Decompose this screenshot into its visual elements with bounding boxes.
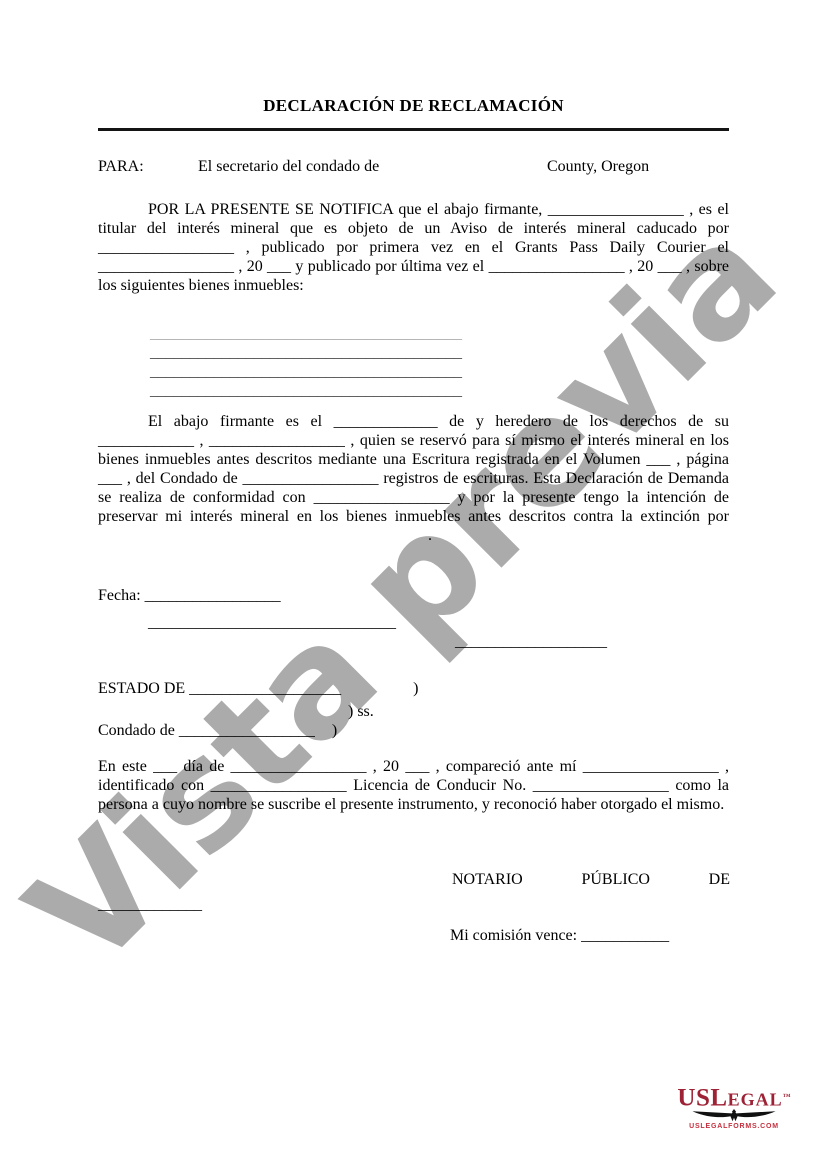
title-rule xyxy=(98,128,729,131)
property-description-line: _______________________________________ xyxy=(150,381,729,400)
commission-row: Mi comisión vence: ___________ xyxy=(450,926,729,945)
county-row: Condado de _________________ ) xyxy=(98,721,729,740)
uslegal-logo-text-rest: EGAL xyxy=(728,1089,783,1109)
property-description-line: _______________________________________ xyxy=(150,362,729,381)
state-blank: ___________________ xyxy=(189,680,341,697)
claimant-paragraph-period: . xyxy=(428,527,432,544)
commission-label: Mi comisión vence: xyxy=(450,927,577,944)
addressee-line: PARA:El secretario del condado de County… xyxy=(98,157,729,176)
property-description-lines: _______________________________________ … xyxy=(150,324,729,401)
date-line: Fecha: _________________ xyxy=(98,586,729,605)
addressee-label: PARA: xyxy=(98,157,198,176)
document-title: DECLARACIÓN DE RECLAMACIÓN xyxy=(98,96,729,116)
county-label: Condado de xyxy=(98,722,175,739)
notary-state-blank: _____________ xyxy=(98,895,729,914)
notary-word: NOTARIO xyxy=(452,870,523,889)
date-signature-block: Fecha: _________________ _______________… xyxy=(98,586,729,651)
claimant-paragraph-text: El abajo firmante es el _____________ de… xyxy=(98,413,729,525)
uslegal-logo-wordmark: USLEGAL™ xyxy=(669,1086,799,1112)
commission-blank: ___________ xyxy=(581,927,669,944)
venue-block: ESTADO DE ___________________ ) ) ss. Co… xyxy=(98,679,729,740)
document-page: Vista previa DECLARACIÓN DE RECLAMACIÓN … xyxy=(0,0,827,1169)
addressee-text: El secretario del condado de xyxy=(198,158,379,175)
property-description-line: _______________________________________ xyxy=(150,343,729,362)
county-paren: ) xyxy=(332,721,337,740)
state-paren: ) xyxy=(413,679,418,698)
document-content: DECLARACIÓN DE RECLAMACIÓN PARA:El secre… xyxy=(0,0,827,945)
notary-title-row: NOTARIO PÚBLICO DE xyxy=(452,870,730,889)
date-blank: _________________ xyxy=(145,587,281,604)
addressee-county: County, Oregon xyxy=(547,157,649,176)
uslegal-site-text: USLEGALFORMS.COM xyxy=(669,1123,799,1130)
ss-row: ) ss. xyxy=(348,702,729,721)
signature-line: _______________________________ xyxy=(148,613,729,632)
state-row: ESTADO DE ___________________ ) xyxy=(98,679,729,698)
trademark-symbol: ™ xyxy=(783,1092,791,1101)
notice-paragraph: POR LA PRESENTE SE NOTIFICA que el abajo… xyxy=(98,201,729,296)
county-blank: _________________ xyxy=(179,722,315,739)
notary-word: PÚBLICO xyxy=(581,870,649,889)
state-label: ESTADO DE xyxy=(98,680,185,697)
uslegal-logo-text-main: USL xyxy=(677,1084,727,1111)
uslegal-logo: USLEGAL™ USLEGALFORMS.COM xyxy=(669,1086,799,1130)
date-label: Fecha: xyxy=(98,587,141,604)
property-description-line: _______________________________________ xyxy=(150,324,729,343)
acknowledgment-paragraph: En este ___ día de _________________ , 2… xyxy=(98,758,729,815)
notary-word: DE xyxy=(709,870,730,889)
signature-line-right: ___________________ xyxy=(455,632,729,651)
claimant-paragraph: El abajo firmante es el _____________ de… xyxy=(98,413,729,545)
